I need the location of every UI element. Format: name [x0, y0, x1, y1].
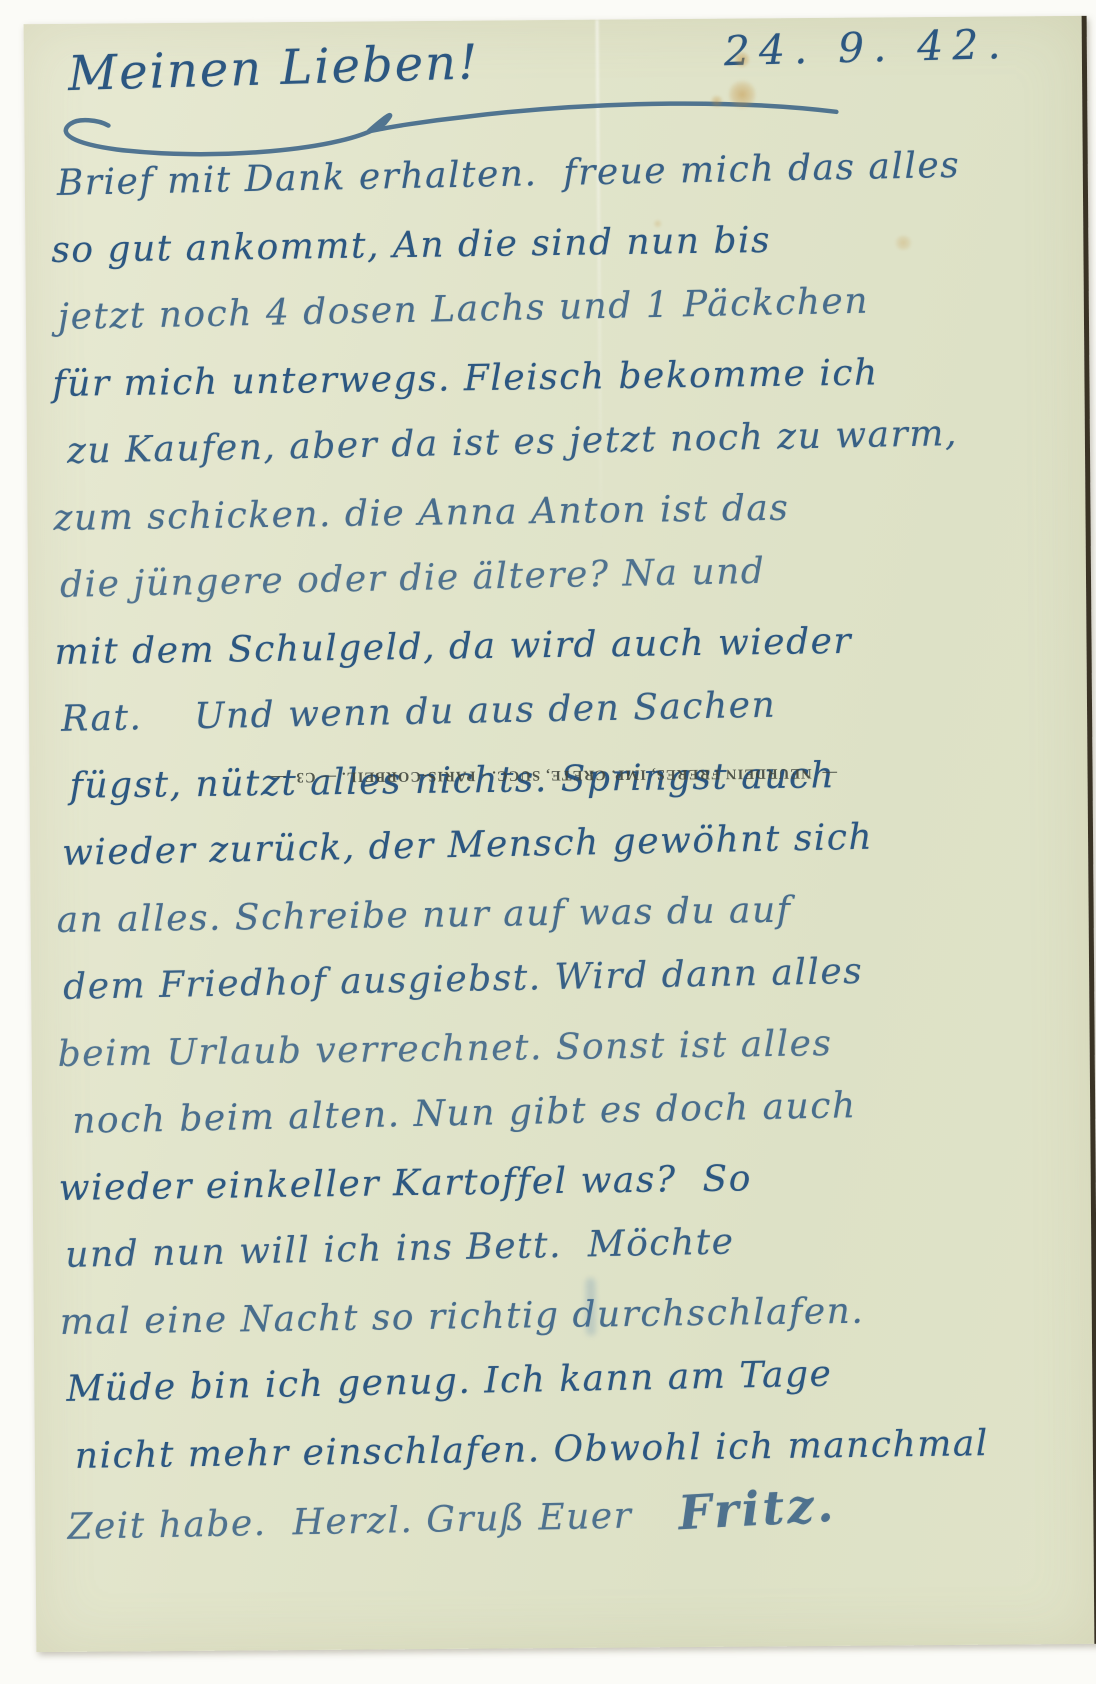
- handwritten-date: 24. 9. 42.: [723, 20, 1010, 75]
- foxing-stain: [710, 95, 723, 108]
- foxing-stain: [893, 235, 913, 250]
- foxing-stain: [728, 78, 756, 110]
- ink-smear: [585, 1278, 595, 1336]
- postcard: Meinen Lieben! 24. 9. 42. Brief mit Dank…: [24, 16, 1096, 1652]
- signature: Fritz.: [677, 1472, 838, 1548]
- salutation: Meinen Lieben!: [67, 34, 480, 102]
- closing-text: Zeit habe. Herzl. Gruß Euer: [67, 1483, 633, 1561]
- postcard-scan: Meinen Lieben! 24. 9. 42. Brief mit Dank…: [0, 0, 1096, 1684]
- letter-body: Brief mit Dank erhalten. freue mich das …: [51, 142, 1072, 1557]
- foxing-stain: [653, 219, 662, 228]
- foxing-stain: [734, 50, 750, 68]
